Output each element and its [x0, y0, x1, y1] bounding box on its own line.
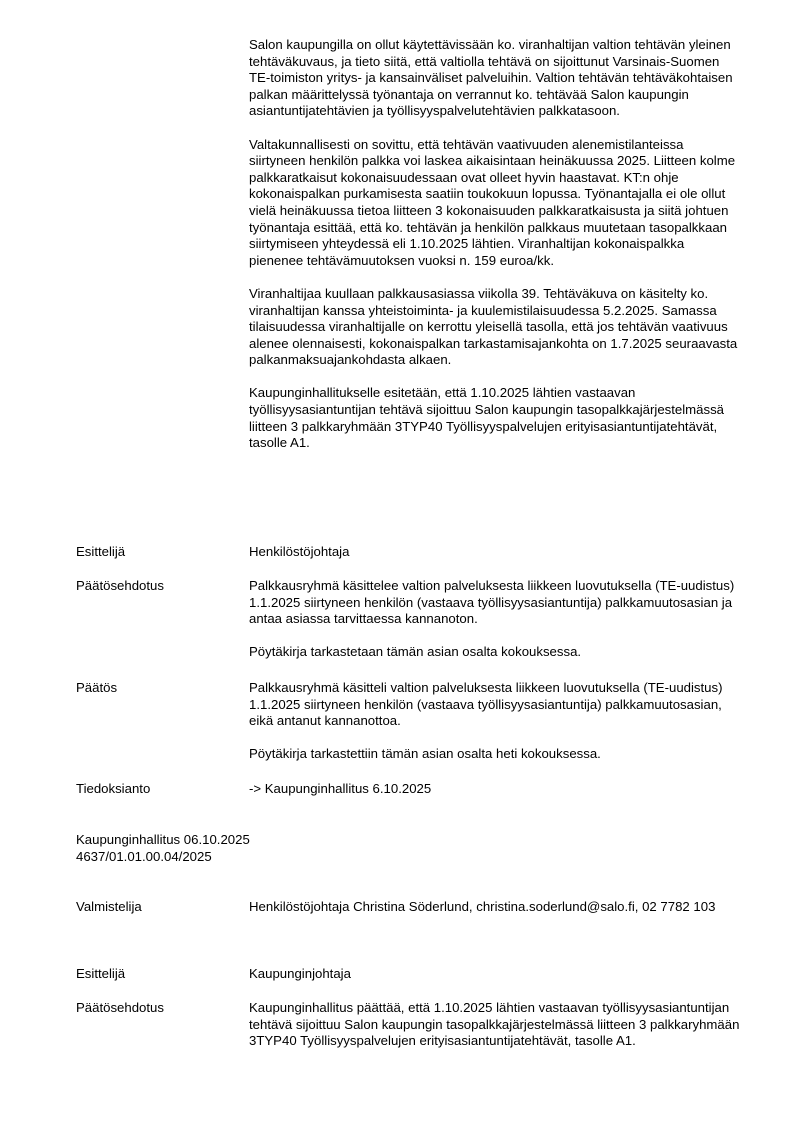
kh-paatosehdotus-value: Kaupunginhallitus päättää, että 1.10.202…: [249, 1000, 741, 1050]
pr-esittelija-label: Esittelijä: [76, 544, 249, 561]
kh-esittelija-row: Esittelijä Kaupunginjohtaja: [76, 966, 746, 983]
pr-tiedoksianto-row: Tiedoksianto -> Kaupunginhallitus 6.10.2…: [76, 781, 746, 798]
document-page: Salon kaupungilla on ollut käytettävissä…: [0, 0, 794, 1122]
pr-paatos-label: Päätös: [76, 680, 249, 763]
pr-tiedoksianto-label: Tiedoksianto: [76, 781, 249, 798]
pr-paatos-paragraph-2: Pöytäkirja tarkastettiin tämän asian osa…: [249, 746, 741, 763]
intro-paragraph-3: Viranhaltijaa kuullaan palkkausasiassa v…: [249, 286, 741, 369]
kh-meeting-date: Kaupunginhallitus 06.10.2025: [76, 832, 676, 849]
intro-paragraph-2: Valtakunnallisesti on sovittu, että teht…: [249, 137, 741, 270]
pr-paatos-paragraph-1: Palkkausryhmä käsitteli valtion palveluk…: [249, 680, 741, 730]
kh-esittelija-label: Esittelijä: [76, 966, 249, 983]
intro-paragraph-4: Kaupunginhallitukselle esitetään, että 1…: [249, 385, 741, 451]
pr-paatos-row: Päätös Palkkausryhmä käsitteli valtion p…: [76, 680, 746, 763]
pr-paatosehdotus-label: Päätösehdotus: [76, 578, 249, 661]
kh-esittelija-value: Kaupunginjohtaja: [249, 966, 741, 983]
intro-text: Salon kaupungilla on ollut käytettävissä…: [249, 37, 741, 468]
kh-valmistelija-row: Valmistelija Henkilöstöjohtaja Christina…: [76, 899, 746, 916]
pr-paatos-content: Palkkausryhmä käsitteli valtion palveluk…: [249, 680, 741, 763]
pr-esittelija-row: Esittelijä Henkilöstöjohtaja: [76, 544, 746, 561]
kh-valmistelija-label: Valmistelija: [76, 899, 249, 916]
kh-valmistelija-value: Henkilöstöjohtaja Christina Söderlund, c…: [249, 899, 741, 916]
kh-case-number: 4637/01.01.00.04/2025: [76, 849, 676, 866]
pr-paatosehdotus-paragraph-1: Palkkausryhmä käsittelee valtion palvelu…: [249, 578, 741, 628]
pr-tiedoksianto-value: -> Kaupunginhallitus 6.10.2025: [249, 781, 741, 798]
pr-paatosehdotus-content: Palkkausryhmä käsittelee valtion palvelu…: [249, 578, 741, 661]
kh-paatosehdotus-label: Päätösehdotus: [76, 1000, 249, 1050]
kh-paatosehdotus-row: Päätösehdotus Kaupunginhallitus päättää,…: [76, 1000, 746, 1050]
kh-section-header: Kaupunginhallitus 06.10.2025 4637/01.01.…: [76, 832, 676, 865]
pr-paatosehdotus-paragraph-2: Pöytäkirja tarkastetaan tämän asian osal…: [249, 644, 741, 661]
pr-paatosehdotus-row: Päätösehdotus Palkkausryhmä käsittelee v…: [76, 578, 746, 661]
intro-paragraph-1: Salon kaupungilla on ollut käytettävissä…: [249, 37, 741, 120]
pr-esittelija-value: Henkilöstöjohtaja: [249, 544, 741, 561]
